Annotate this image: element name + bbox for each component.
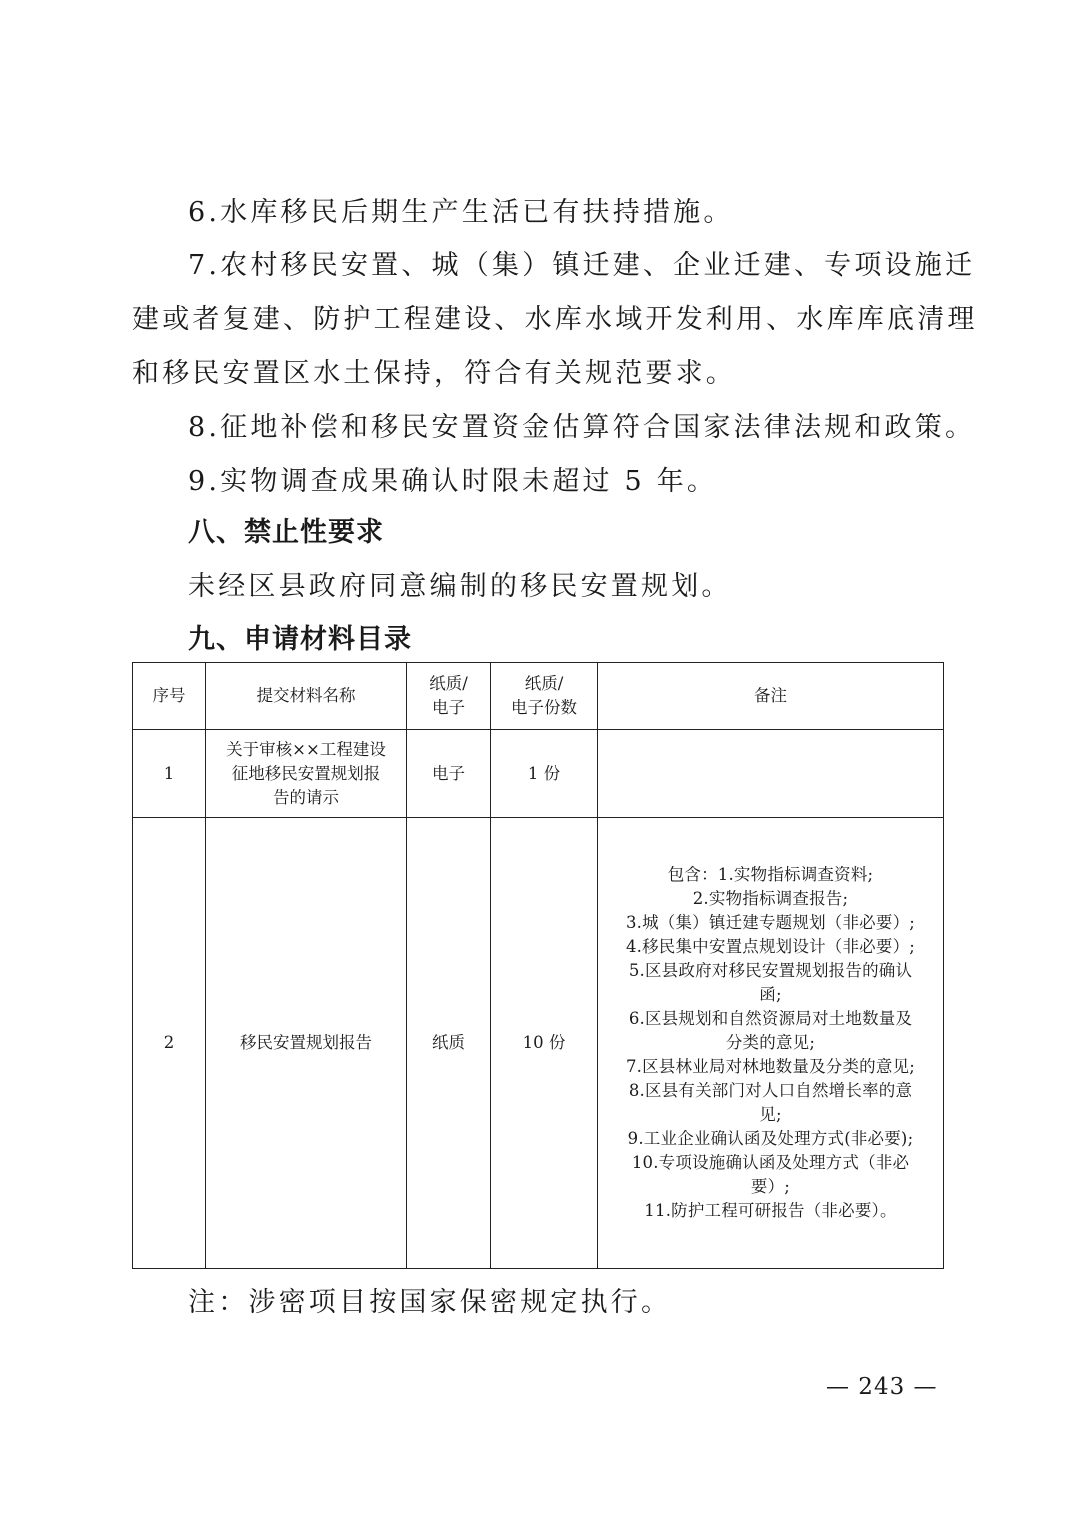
- section-8-heading: 八、禁止性要求: [188, 515, 384, 551]
- item-7-line-3: 和移民安置区水土保持，符合有关规范要求。: [132, 356, 736, 392]
- materials-table: 序号 提交材料名称 纸质/ 电子 纸质/ 电子份数 备注 1 关于审核××工程建…: [132, 662, 944, 1269]
- header-copies-line-2: 电子份数: [497, 696, 591, 720]
- header-format: 纸质/ 电子: [407, 663, 491, 730]
- remark-line: 函;: [604, 983, 937, 1007]
- cell-copies: 1 份: [491, 730, 598, 818]
- header-remark: 备注: [598, 663, 944, 730]
- remark-line: 包含：1.实物指标调查资料;: [604, 863, 937, 887]
- confidentiality-note: 注：涉密项目按国家保密规定执行。: [188, 1285, 671, 1321]
- remark-line: 5.区县政府对移民安置规划报告的确认: [604, 959, 937, 983]
- cell-remark: 包含：1.实物指标调查资料; 2.实物指标调查报告; 3.城（集）镇迁建专题规划…: [598, 818, 944, 1269]
- table-row: 2 移民安置规划报告 纸质 10 份 包含：1.实物指标调查资料; 2.实物指标…: [133, 818, 944, 1269]
- cell-name-line: 关于审核××工程建设: [212, 738, 400, 762]
- cell-copies: 10 份: [491, 818, 598, 1269]
- header-copies: 纸质/ 电子份数: [491, 663, 598, 730]
- cell-name: 关于审核××工程建设 征地移民安置规划报 告的请示: [206, 730, 407, 818]
- cell-name-line: 征地移民安置规划报: [212, 762, 400, 786]
- remark-line: 10.专项设施确认函及处理方式（非必: [604, 1151, 937, 1175]
- remark-line: 8.区县有关部门对人口自然增长率的意: [604, 1079, 937, 1103]
- remark-line: 4.移民集中安置点规划设计（非必要）;: [604, 935, 937, 959]
- header-copies-line-1: 纸质/: [497, 672, 591, 696]
- page-number: — 243 —: [826, 1372, 938, 1402]
- cell-format: 电子: [407, 730, 491, 818]
- item-9: 9.实物调查成果确认时限未超过 5 年。: [188, 464, 717, 500]
- cell-format: 纸质: [407, 818, 491, 1269]
- header-format-line-1: 纸质/: [413, 672, 484, 696]
- header-format-line-2: 电子: [413, 696, 484, 720]
- remark-line: 见;: [604, 1103, 937, 1127]
- remark-line: 11.防护工程可研报告（非必要）。: [604, 1199, 937, 1223]
- item-6: 6.水库移民后期生产生活已有扶持措施。: [188, 195, 734, 231]
- item-7-line-1: 7.农村移民安置、城（集）镇迁建、企业迁建、专项设施迁: [188, 248, 975, 284]
- section-9-heading: 九、申请材料目录: [188, 622, 412, 658]
- section-8-body: 未经区县政府同意编制的移民安置规划。: [188, 569, 732, 605]
- remark-line: 分类的意见;: [604, 1031, 937, 1055]
- header-name: 提交材料名称: [206, 663, 407, 730]
- cell-name: 移民安置规划报告: [206, 818, 407, 1269]
- remark-line: 7.区县林业局对林地数量及分类的意见;: [604, 1055, 937, 1079]
- remark-line: 要）;: [604, 1175, 937, 1199]
- item-8: 8.征地补偿和移民安置资金估算符合国家法律法规和政策。: [188, 410, 975, 446]
- remark-line: 3.城（集）镇迁建专题规划（非必要）;: [604, 911, 937, 935]
- remark-line: 9.工业企业确认函及处理方式(非必要);: [604, 1127, 937, 1151]
- remark-line: 6.区县规划和自然资源局对土地数量及: [604, 1007, 937, 1031]
- remark-line: 2.实物指标调查报告;: [604, 887, 937, 911]
- item-7-line-2: 建或者复建、防护工程建设、水库水域开发利用、水库库底清理: [132, 302, 978, 338]
- table-header-row: 序号 提交材料名称 纸质/ 电子 纸质/ 电子份数 备注: [133, 663, 944, 730]
- cell-name-line: 告的请示: [212, 786, 400, 810]
- cell-no: 2: [133, 818, 206, 1269]
- cell-remark: [598, 730, 944, 818]
- table-row: 1 关于审核××工程建设 征地移民安置规划报 告的请示 电子 1 份: [133, 730, 944, 818]
- cell-no: 1: [133, 730, 206, 818]
- header-no: 序号: [133, 663, 206, 730]
